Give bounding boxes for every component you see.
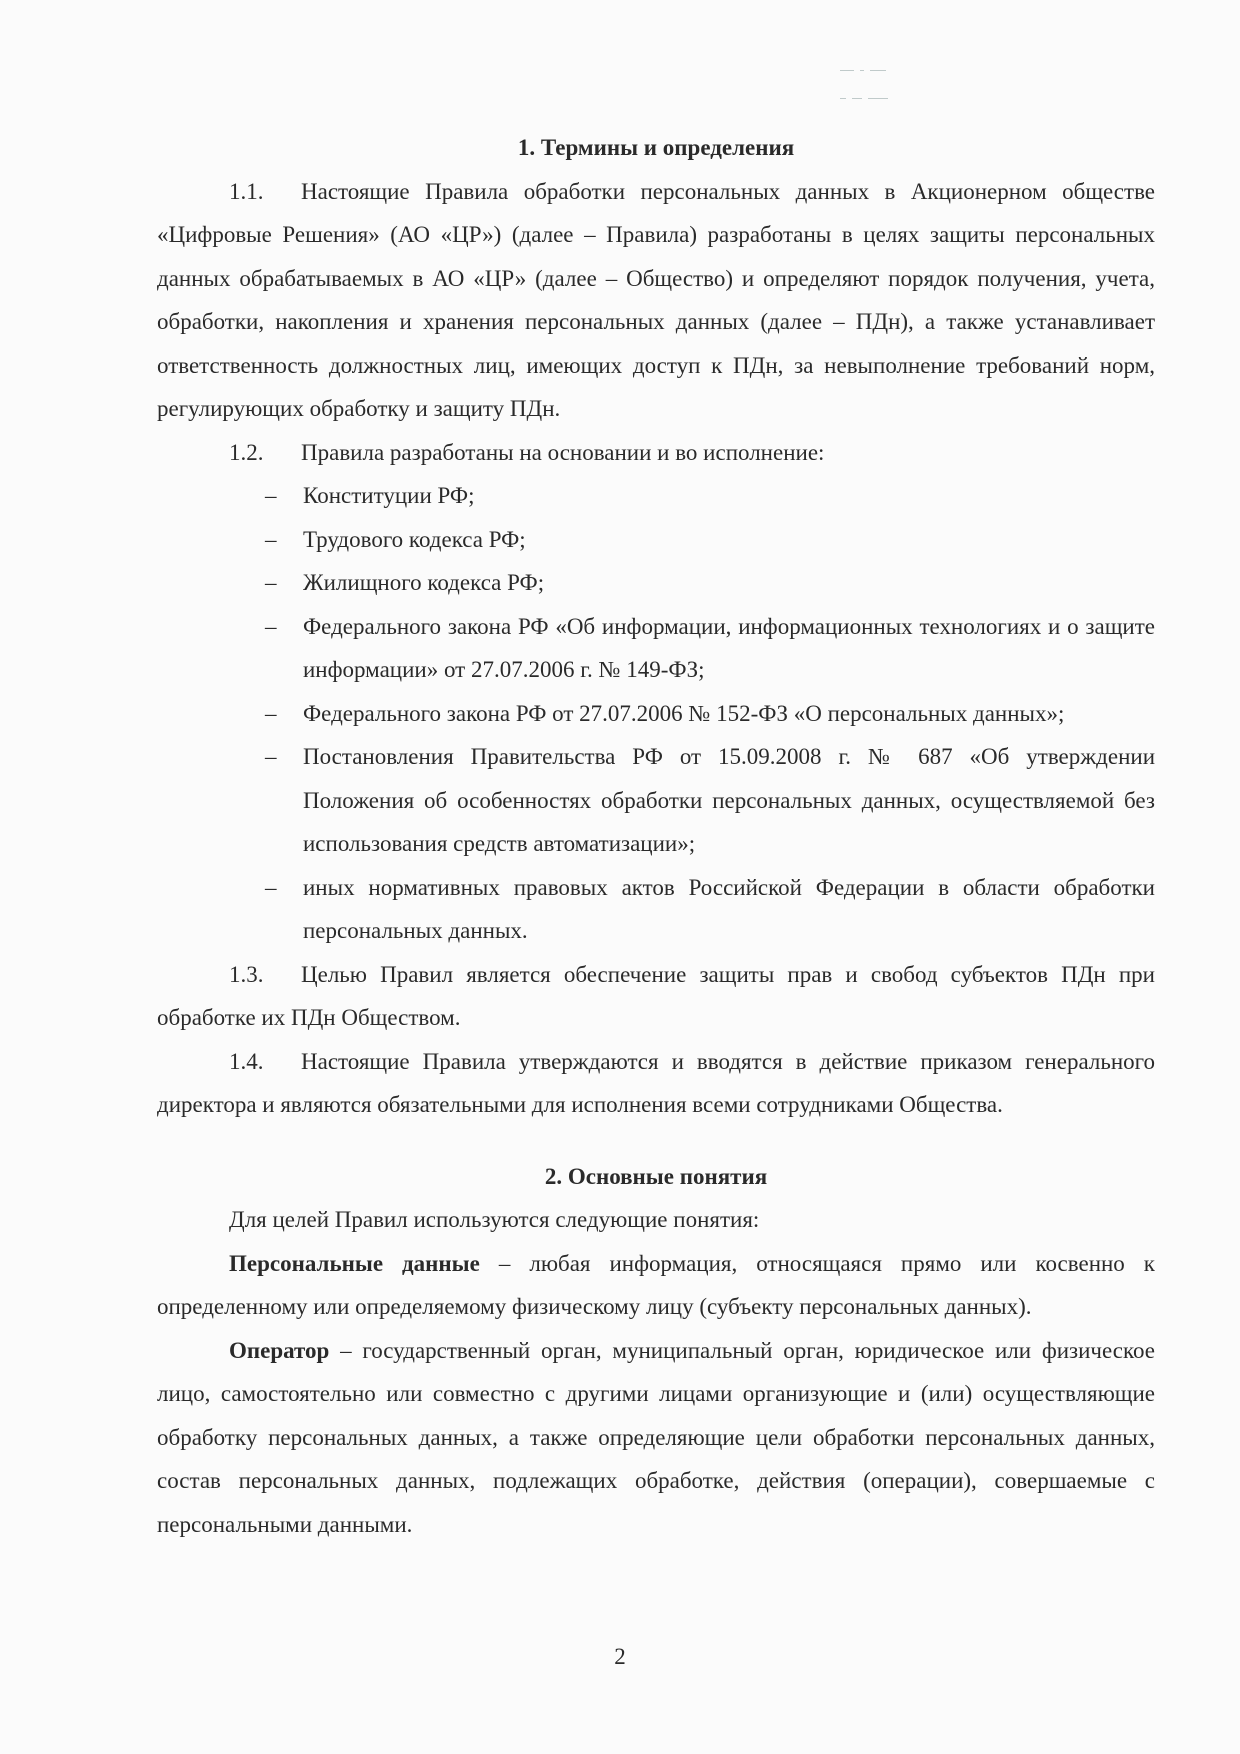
definition-text: – государственный орган, муниципальный о…: [157, 1338, 1155, 1537]
clause-1-3: 1.3.Целью Правил является обеспечение за…: [157, 953, 1155, 1040]
list-item-text: Постановления Правительства РФ от 15.09.…: [303, 744, 1155, 856]
list-item: –Федерального закона РФ от 27.07.2006 № …: [157, 692, 1155, 736]
section-1-heading: 1. Термины и определения: [157, 126, 1155, 170]
list-item-text: иных нормативных правовых актов Российск…: [303, 875, 1155, 944]
definition-term: Персональные данные: [229, 1251, 480, 1276]
clause-1-4: 1.4.Настоящие Правила утверждаются и вво…: [157, 1040, 1155, 1127]
dash-bullet: –: [265, 518, 277, 562]
clause-number: 1.2.: [229, 431, 301, 475]
dash-bullet: –: [265, 561, 277, 605]
list-item: –иных нормативных правовых актов Российс…: [157, 866, 1155, 953]
definition-operator: Оператор – государственный орган, муници…: [157, 1329, 1155, 1547]
list-item-text: Федерального закона РФ от 27.07.2006 № 1…: [303, 701, 1064, 726]
dash-bullet: –: [265, 474, 277, 518]
clause-number: 1.3.: [229, 953, 301, 997]
list-item-text: Федерального закона РФ «Об информации, и…: [303, 614, 1155, 683]
section-2-heading: 2. Основные понятия: [157, 1155, 1155, 1199]
list-item-text: Трудового кодекса РФ;: [303, 527, 526, 552]
clause-1-1: 1.1.Настоящие Правила обработки персонал…: [157, 170, 1155, 431]
dash-bullet: –: [265, 866, 277, 910]
clause-text: Настоящие Правила утверждаются и вводятс…: [157, 1049, 1155, 1118]
list-item: –Жилищного кодекса РФ;: [157, 561, 1155, 605]
list-item: –Постановления Правительства РФ от 15.09…: [157, 735, 1155, 866]
clause-1-2: 1.2.Правила разработаны на основании и в…: [157, 431, 1155, 475]
dash-bullet: –: [265, 692, 277, 736]
dash-bullet: –: [265, 735, 277, 779]
list-item-text: Жилищного кодекса РФ;: [303, 570, 544, 595]
list-item: –Конституции РФ;: [157, 474, 1155, 518]
clause-number: 1.4.: [229, 1040, 301, 1084]
document-page: 1. Термины и определения 1.1.Настоящие П…: [0, 0, 1240, 1754]
clause-number: 1.1.: [229, 170, 301, 214]
clause-text: Настоящие Правила обработки персональных…: [157, 179, 1155, 422]
list-item-text: Конституции РФ;: [303, 483, 474, 508]
clause-text: Целью Правил является обеспечение защиты…: [157, 962, 1155, 1031]
clause-text: Правила разработаны на основании и во ис…: [301, 440, 824, 465]
list-item: –Федерального закона РФ «Об информации, …: [157, 605, 1155, 692]
scan-artifact: [840, 66, 900, 106]
definition-personal-data: Персональные данные – любая информация, …: [157, 1242, 1155, 1329]
page-number: 2: [0, 1644, 1240, 1670]
definition-term: Оператор: [229, 1338, 329, 1363]
list-item: –Трудового кодекса РФ;: [157, 518, 1155, 562]
definitions-intro: Для целей Правил используются следующие …: [157, 1198, 1155, 1242]
legal-basis-list: –Конституции РФ; –Трудового кодекса РФ; …: [157, 474, 1155, 953]
document-body: 1. Термины и определения 1.1.Настоящие П…: [157, 126, 1155, 1546]
dash-bullet: –: [265, 605, 277, 649]
